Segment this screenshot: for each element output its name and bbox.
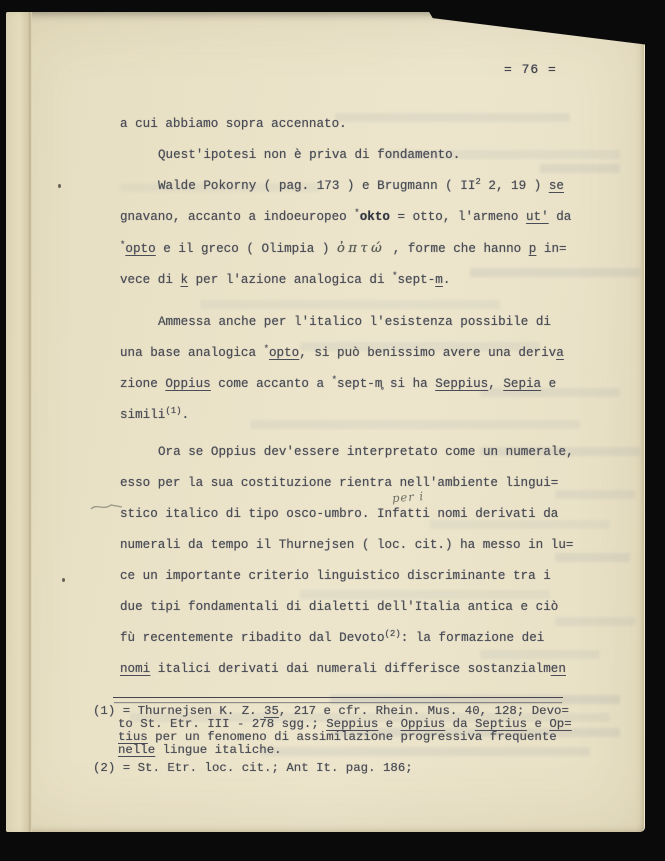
handwritten-insertion: per i bbox=[392, 489, 425, 505]
paper-speck bbox=[62, 578, 65, 582]
text-line: gnavano, accanto a indoeuropeo *okto = o… bbox=[120, 202, 582, 233]
text-line: vece di k per l'azione analogica di *sep… bbox=[120, 265, 582, 296]
text-line: zione Oppius come accanto a *sept-m̥ si … bbox=[120, 369, 582, 400]
page-content: = 76 = a cui abbiamo sopra accennato.Que… bbox=[0, 0, 665, 861]
text-line: Quest'ipotesi non è priva di fondamento. bbox=[158, 140, 582, 171]
text-line: Ammessa anche per l'italico l'esistenza … bbox=[158, 307, 582, 338]
text-line: (2) = St. Etr. loc. cit.; Ant It. pag. 1… bbox=[93, 762, 593, 775]
pencil-mark bbox=[90, 500, 124, 514]
text-line: Ora se Oppius dev'essere interpretato co… bbox=[158, 437, 582, 468]
text-line: simili(1). bbox=[120, 400, 582, 431]
text-line: fù recentemente ribadito dal Devoto(2): … bbox=[120, 623, 582, 654]
text-line: *opto e il greco ( Olimpia ) ὀπτώ , form… bbox=[120, 233, 582, 265]
footnote-separator bbox=[113, 697, 563, 702]
main-text-block: a cui abbiamo sopra accennato.Quest'ipot… bbox=[120, 109, 582, 685]
text-line: esso per la sua costituzione rientra nel… bbox=[120, 468, 582, 499]
text-line: stico italico di tipo osco-umbro. Infatt… bbox=[120, 499, 582, 530]
text-line: ce un importante criterio linguistico di… bbox=[120, 561, 582, 592]
paper-speck bbox=[58, 184, 61, 188]
text-line: nelle lingue italiche. bbox=[118, 744, 593, 757]
text-line: Walde Pokorny ( pag. 173 ) e Brugmann ( … bbox=[158, 171, 582, 202]
photo-right-edge bbox=[645, 0, 665, 861]
text-line: numerali da tempo il Thurnejsen ( loc. c… bbox=[120, 530, 582, 561]
text-line: nomi italici derivati dai numerali diffe… bbox=[120, 654, 582, 685]
page-number: = 76 = bbox=[504, 62, 557, 77]
text-line: una base analogica *opto, si può benissi… bbox=[120, 338, 582, 369]
text-line: due tipi fondamentali di dialetti dell'I… bbox=[120, 592, 582, 623]
footnotes-block: (1) = Thurnejsen K. Z. 35, 217 e cfr. Rh… bbox=[93, 705, 593, 775]
scanned-book-photo: = 76 = a cui abbiamo sopra accennato.Que… bbox=[0, 0, 665, 861]
text-line: a cui abbiamo sopra accennato. bbox=[120, 109, 582, 140]
